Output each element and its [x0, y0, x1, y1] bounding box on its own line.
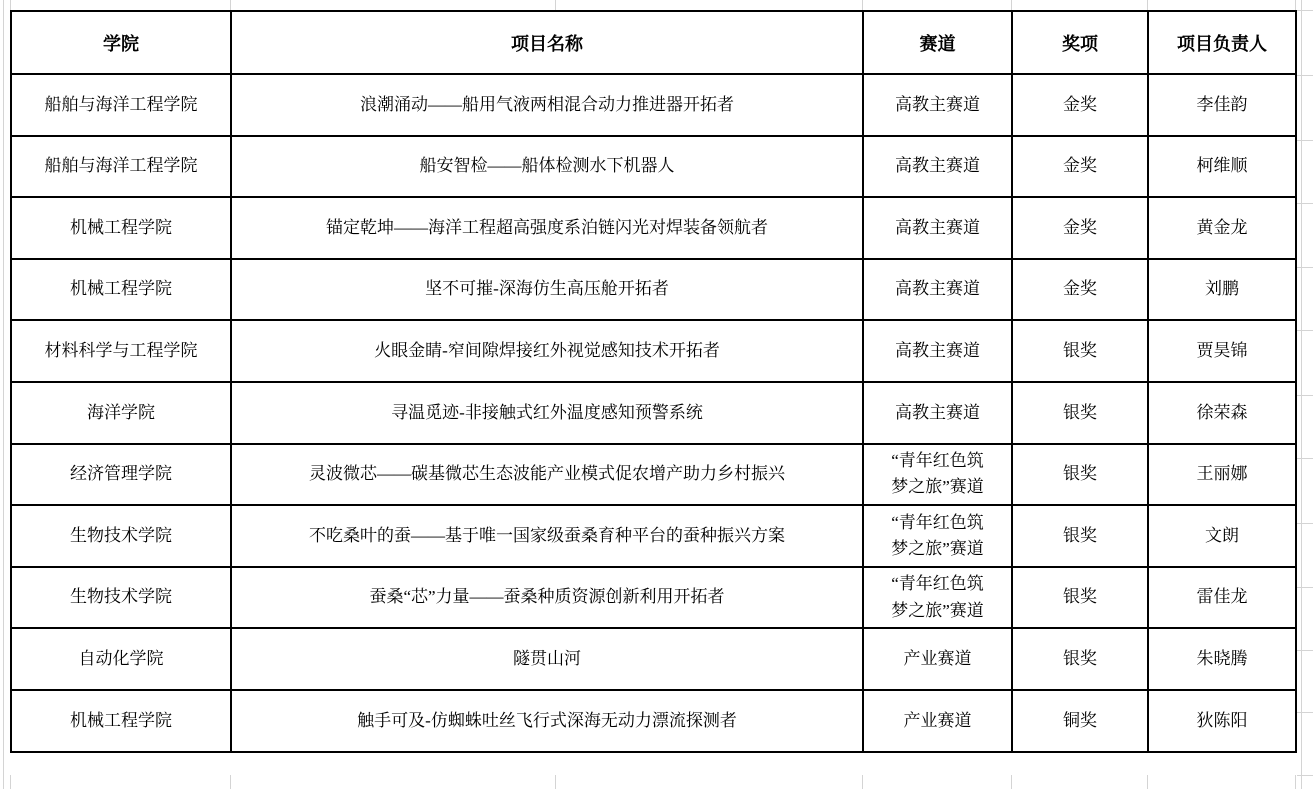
table-cell: 王丽娜 [1148, 444, 1296, 506]
awards-table: 学院项目名称赛道奖项项目负责人 船舶与海洋工程学院浪潮涌动——船用气液两相混合动… [10, 10, 1297, 753]
spreadsheet-gridline [1297, 712, 1313, 713]
spreadsheet-view: 学院项目名称赛道奖项项目负责人 船舶与海洋工程学院浪潮涌动——船用气液两相混合动… [0, 0, 1313, 789]
table-row: 机械工程学院坚不可摧-深海仿生高压舱开拓者高教主赛道金奖刘鹏 [11, 259, 1296, 321]
table-cell: 机械工程学院 [11, 197, 231, 259]
table-cell: “青年红色筑梦之旅”赛道 [863, 444, 1012, 506]
table-cell: 灵波微芯——碳基微芯生态波能产业模式促农增产助力乡村振兴 [231, 444, 863, 506]
spreadsheet-gridline [1147, 0, 1148, 10]
table-row: 海洋学院寻温觅迹-非接触式红外温度感知预警系统高教主赛道银奖徐荣森 [11, 382, 1296, 444]
table-cell: 不吃桑叶的蚕——基于唯一国家级蚕桑育种平台的蚕种振兴方案 [231, 505, 863, 567]
table-row: 机械工程学院锚定乾坤——海洋工程超高强度系泊链闪光对焊装备领航者高教主赛道金奖黄… [11, 197, 1296, 259]
table-cell: 狄陈阳 [1148, 690, 1296, 752]
spreadsheet-gridline [862, 0, 863, 10]
table-cell: 徐荣森 [1148, 382, 1296, 444]
header-cell: 项目负责人 [1148, 11, 1296, 74]
table-cell: 海洋学院 [11, 382, 231, 444]
spreadsheet-gridline [1295, 775, 1296, 789]
table-row: 生物技术学院不吃桑叶的蚕——基于唯一国家级蚕桑育种平台的蚕种振兴方案“青年红色筑… [11, 505, 1296, 567]
header-cell: 学院 [11, 11, 231, 74]
spreadsheet-gridline [1297, 523, 1313, 524]
table-row: 船舶与海洋工程学院船安智检——船体检测水下机器人高教主赛道金奖柯维顺 [11, 136, 1296, 198]
table-header: 学院项目名称赛道奖项项目负责人 [11, 11, 1296, 74]
spreadsheet-gridline [1297, 330, 1313, 331]
spreadsheet-gridline [1297, 587, 1313, 588]
table-cell: 金奖 [1012, 259, 1148, 321]
table-cell: 隧贯山河 [231, 628, 863, 690]
table-cell: 自动化学院 [11, 628, 231, 690]
table-cell: 银奖 [1012, 628, 1148, 690]
table-row: 船舶与海洋工程学院浪潮涌动——船用气液两相混合动力推进器开拓者高教主赛道金奖李佳… [11, 74, 1296, 136]
spreadsheet-gridline [555, 775, 556, 789]
table-cell: 贾昊锦 [1148, 320, 1296, 382]
spreadsheet-gridline [230, 775, 231, 789]
table-cell: 机械工程学院 [11, 259, 231, 321]
spreadsheet-gridline [1297, 395, 1313, 396]
table-cell: 雷佳龙 [1148, 567, 1296, 629]
table-cell: 朱晓腾 [1148, 628, 1296, 690]
table-cell: 蚕桑“芯”力量——蚕桑种质资源创新利用开拓者 [231, 567, 863, 629]
spreadsheet-gridline [1297, 775, 1313, 776]
table-cell: 高教主赛道 [863, 259, 1012, 321]
table-cell: 触手可及-仿蜘蛛吐丝飞行式深海无动力漂流探测者 [231, 690, 863, 752]
spreadsheet-gridline [1297, 10, 1313, 11]
table-cell: 金奖 [1012, 74, 1148, 136]
spreadsheet-gridline [230, 0, 231, 10]
table-cell: 金奖 [1012, 197, 1148, 259]
header-cell: 赛道 [863, 11, 1012, 74]
table-cell: 坚不可摧-深海仿生高压舱开拓者 [231, 259, 863, 321]
table-cell: 文朗 [1148, 505, 1296, 567]
table-cell: 船舶与海洋工程学院 [11, 136, 231, 198]
spreadsheet-gridline [862, 775, 863, 789]
header-cell: 奖项 [1012, 11, 1148, 74]
table-cell: 火眼金睛-窄间隙焊接红外视觉感知技术开拓者 [231, 320, 863, 382]
table-cell: 银奖 [1012, 382, 1148, 444]
table-row: 材料科学与工程学院火眼金睛-窄间隙焊接红外视觉感知技术开拓者高教主赛道银奖贾昊锦 [11, 320, 1296, 382]
table-row: 经济管理学院灵波微芯——碳基微芯生态波能产业模式促农增产助力乡村振兴“青年红色筑… [11, 444, 1296, 506]
spreadsheet-gridline [1297, 458, 1313, 459]
spreadsheet-gridline [1297, 140, 1313, 141]
table-row: 生物技术学院蚕桑“芯”力量——蚕桑种质资源创新利用开拓者“青年红色筑梦之旅”赛道… [11, 567, 1296, 629]
spreadsheet-gridline [3, 0, 4, 789]
table-cell: 机械工程学院 [11, 690, 231, 752]
spreadsheet-gridline [1011, 775, 1012, 789]
header-row: 学院项目名称赛道奖项项目负责人 [11, 11, 1296, 74]
table-cell: 经济管理学院 [11, 444, 231, 506]
table-cell: 产业赛道 [863, 690, 1012, 752]
header-cell: 项目名称 [231, 11, 863, 74]
table-body: 船舶与海洋工程学院浪潮涌动——船用气液两相混合动力推进器开拓者高教主赛道金奖李佳… [11, 74, 1296, 752]
spreadsheet-gridline [10, 775, 11, 789]
table-cell: 铜奖 [1012, 690, 1148, 752]
spreadsheet-gridline [1297, 75, 1313, 76]
table-cell: 高教主赛道 [863, 74, 1012, 136]
spreadsheet-gridline [555, 0, 556, 10]
spreadsheet-gridline [1295, 0, 1296, 10]
table-cell: 高教主赛道 [863, 136, 1012, 198]
table-cell: 高教主赛道 [863, 320, 1012, 382]
spreadsheet-gridline [1297, 203, 1313, 204]
table-cell: 锚定乾坤——海洋工程超高强度系泊链闪光对焊装备领航者 [231, 197, 863, 259]
table-cell: 产业赛道 [863, 628, 1012, 690]
table-cell: 刘鹏 [1148, 259, 1296, 321]
table-row: 自动化学院隧贯山河产业赛道银奖朱晓腾 [11, 628, 1296, 690]
table-cell: 金奖 [1012, 136, 1148, 198]
table-cell: 银奖 [1012, 567, 1148, 629]
table-cell: 生物技术学院 [11, 567, 231, 629]
spreadsheet-gridline [1297, 267, 1313, 268]
table-cell: 高教主赛道 [863, 197, 1012, 259]
table-cell: 银奖 [1012, 505, 1148, 567]
spreadsheet-gridline [1147, 775, 1148, 789]
table-cell: 黄金龙 [1148, 197, 1296, 259]
table-cell: 船舶与海洋工程学院 [11, 74, 231, 136]
spreadsheet-gridline [1011, 0, 1012, 10]
table-row: 机械工程学院触手可及-仿蜘蛛吐丝飞行式深海无动力漂流探测者产业赛道铜奖狄陈阳 [11, 690, 1296, 752]
table-cell: 寻温觅迹-非接触式红外温度感知预警系统 [231, 382, 863, 444]
table-cell: 柯维顺 [1148, 136, 1296, 198]
table-cell: 高教主赛道 [863, 382, 1012, 444]
table-cell: 银奖 [1012, 444, 1148, 506]
spreadsheet-gridline [10, 0, 11, 10]
spreadsheet-gridline [1297, 650, 1313, 651]
table-cell: 材料科学与工程学院 [11, 320, 231, 382]
table-cell: 生物技术学院 [11, 505, 231, 567]
table-cell: 银奖 [1012, 320, 1148, 382]
table-cell: 浪潮涌动——船用气液两相混合动力推进器开拓者 [231, 74, 863, 136]
table-cell: 李佳韵 [1148, 74, 1296, 136]
table-cell: “青年红色筑梦之旅”赛道 [863, 505, 1012, 567]
table-cell: “青年红色筑梦之旅”赛道 [863, 567, 1012, 629]
table-cell: 船安智检——船体检测水下机器人 [231, 136, 863, 198]
